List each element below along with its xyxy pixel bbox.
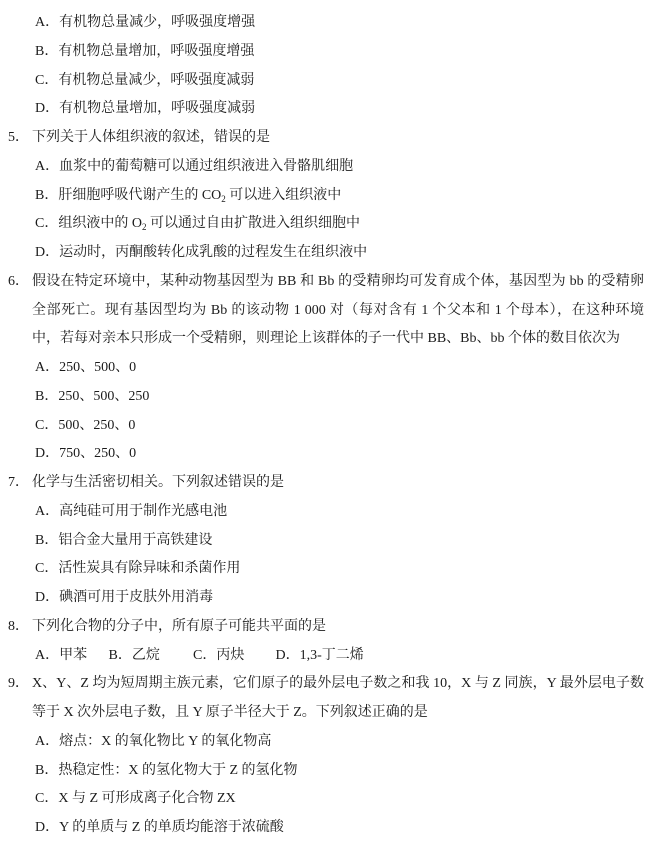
question-stem: 下列关于人体组织液的叙述，错误的是 — [32, 124, 644, 153]
option-text: 肝细胞呼吸代谢产生的 CO2 可以进入组织液中 — [58, 188, 341, 203]
option-text: 血浆中的葡萄糖可以通过组织液进入骨骼肌细胞 — [59, 159, 353, 174]
option-label: B． — [35, 389, 58, 404]
option-text: 碘酒可用于皮肤外用消毒 — [59, 590, 213, 605]
option-row: B．热稳定性：X 的氢化物大于 Z 的氢化物 — [8, 757, 644, 786]
option-label: A． — [35, 15, 59, 30]
option-inline: B．乙烷 — [109, 642, 190, 671]
option-text: 丙炔 — [216, 648, 244, 663]
option-text-post: 可以进入组织液中 — [226, 188, 342, 203]
question-4-partial: A．有机物总量减少，呼吸强度增强 B．有机物总量增加，呼吸强度增强 C．有机物总… — [8, 9, 644, 124]
option-row: D．Y 的单质与 Z 的单质均能溶于浓硫酸 — [8, 814, 644, 843]
option-row: C．500、250、0 — [8, 412, 644, 441]
option-text: 有机物总量减少，呼吸强度增强 — [59, 15, 255, 30]
question-stem-row: 5． 下列关于人体组织液的叙述，错误的是 — [8, 124, 644, 153]
option-text: 500、250、0 — [58, 418, 135, 433]
question-stem-row: 9． X、Y、Z 均为短周期主族元素，它们原子的最外层电子数之和我 10，X 与… — [8, 670, 644, 728]
option-row: A．250、500、0 — [8, 354, 644, 383]
option-text: 组织液中的 O2 可以通过自由扩散进入组织细胞中 — [58, 216, 360, 231]
option-text: 热稳定性：X 的氢化物大于 Z 的氢化物 — [58, 763, 297, 778]
option-inline: C．丙炔 — [193, 642, 272, 671]
option-label: A． — [35, 734, 59, 749]
option-label: B． — [35, 533, 58, 548]
question-stem: X、Y、Z 均为短周期主族元素，它们原子的最外层电子数之和我 10，X 与 Z … — [32, 670, 644, 728]
question-number: 5． — [8, 124, 32, 153]
question-stem: 假设在特定环境中，某种动物基因型为 BB 和 Bb 的受精卵均可发育成个体，基因… — [32, 268, 644, 354]
option-label: A． — [35, 159, 59, 174]
option-row: B．250、500、250 — [8, 383, 644, 412]
option-text: 铝合金大量用于高铁建设 — [58, 533, 212, 548]
option-label: B． — [109, 648, 132, 663]
option-label: D． — [35, 590, 59, 605]
option-label: C． — [35, 791, 58, 806]
option-text: 1,3-丁二烯 — [300, 648, 364, 663]
option-label: A． — [35, 504, 59, 519]
option-row: C．X 与 Z 可形成离子化合物 ZX — [8, 785, 644, 814]
option-text: 高纯硅可用于制作光感电池 — [59, 504, 227, 519]
option-text: 有机物总量增加，呼吸强度减弱 — [59, 101, 255, 116]
option-text-pre: 肝细胞呼吸代谢产生的 CO — [58, 188, 221, 203]
option-row: A．有机物总量减少，呼吸强度增强 — [8, 9, 644, 38]
option-row: C．有机物总量减少，呼吸强度减弱 — [8, 67, 644, 96]
option-label: C． — [193, 648, 216, 663]
option-text: 熔点：X 的氧化物比 Y 的氧化物高 — [59, 734, 271, 749]
option-row: A．血浆中的葡萄糖可以通过组织液进入骨骼肌细胞 — [8, 153, 644, 182]
option-text: Y 的单质与 Z 的单质均能溶于浓硫酸 — [59, 820, 284, 835]
question-8: 8． 下列化合物的分子中，所有原子可能共平面的是 A．甲苯 B．乙烷 C．丙炔 … — [8, 613, 644, 671]
option-text: 250、500、0 — [59, 360, 136, 375]
question-6: 6． 假设在特定环境中，某种动物基因型为 BB 和 Bb 的受精卵均可发育成个体… — [8, 268, 644, 469]
question-stem-row: 6． 假设在特定环境中，某种动物基因型为 BB 和 Bb 的受精卵均可发育成个体… — [8, 268, 644, 354]
option-label: D． — [35, 820, 59, 835]
option-row: C．组织液中的 O2 可以通过自由扩散进入组织细胞中 — [8, 210, 644, 239]
option-text: 有机物总量增加，呼吸强度增强 — [58, 44, 254, 59]
option-label: C． — [35, 216, 58, 231]
option-text: 甲苯 — [59, 648, 87, 663]
option-label: C． — [35, 73, 58, 88]
question-number: 9． — [8, 670, 32, 728]
option-row: D．有机物总量增加，呼吸强度减弱 — [8, 95, 644, 124]
option-label: D． — [276, 648, 300, 663]
option-label: C． — [35, 418, 58, 433]
option-text: 活性炭具有除异味和杀菌作用 — [58, 561, 240, 576]
option-text: 运动时，丙酮酸转化成乳酸的过程发生在组织液中 — [59, 245, 367, 260]
question-stem-row: 7． 化学与生活密切相关。下列叙述错误的是 — [8, 469, 644, 498]
option-row: A．熔点：X 的氧化物比 Y 的氧化物高 — [8, 728, 644, 757]
option-row: A．高纯硅可用于制作光感电池 — [8, 498, 644, 527]
question-number: 7． — [8, 469, 32, 498]
option-label: D． — [35, 245, 59, 260]
option-row: D．750、250、0 — [8, 440, 644, 469]
option-row-inline: A．甲苯 B．乙烷 C．丙炔 D．1,3-丁二烯 — [8, 642, 644, 671]
option-row: B．铝合金大量用于高铁建设 — [8, 527, 644, 556]
option-text: 250、500、250 — [58, 389, 149, 404]
option-row: B．有机物总量增加，呼吸强度增强 — [8, 38, 644, 67]
option-label: B． — [35, 763, 58, 778]
option-text: X 与 Z 可形成离子化合物 ZX — [58, 791, 235, 806]
option-label: A． — [35, 360, 59, 375]
question-9: 9． X、Y、Z 均为短周期主族元素，它们原子的最外层电子数之和我 10，X 与… — [8, 670, 644, 843]
option-text: 乙烷 — [132, 648, 160, 663]
question-5: 5． 下列关于人体组织液的叙述，错误的是 A．血浆中的葡萄糖可以通过组织液进入骨… — [8, 124, 644, 268]
option-text: 750、250、0 — [59, 446, 136, 461]
option-label: C． — [35, 561, 58, 576]
option-label: B． — [35, 188, 58, 203]
option-row: D．运动时，丙酮酸转化成乳酸的过程发生在组织液中 — [8, 239, 644, 268]
option-text: 有机物总量减少，呼吸强度减弱 — [58, 73, 254, 88]
option-label: A． — [35, 648, 59, 663]
option-inline: D．1,3-丁二烯 — [276, 642, 364, 671]
option-inline: A．甲苯 — [35, 642, 105, 671]
option-text-post: 可以通过自由扩散进入组织细胞中 — [146, 216, 360, 231]
option-row: C．活性炭具有除异味和杀菌作用 — [8, 555, 644, 584]
question-stem: 化学与生活密切相关。下列叙述错误的是 — [32, 469, 644, 498]
question-number: 8． — [8, 613, 32, 642]
option-label: B． — [35, 44, 58, 59]
question-stem-row: 8． 下列化合物的分子中，所有原子可能共平面的是 — [8, 613, 644, 642]
option-text-pre: 组织液中的 O — [58, 216, 142, 231]
option-row: D．碘酒可用于皮肤外用消毒 — [8, 584, 644, 613]
option-row: B．肝细胞呼吸代谢产生的 CO2 可以进入组织液中 — [8, 182, 644, 211]
question-number: 6． — [8, 268, 32, 354]
exam-page: A．有机物总量减少，呼吸强度增强 B．有机物总量增加，呼吸强度增强 C．有机物总… — [0, 0, 650, 867]
question-stem: 下列化合物的分子中，所有原子可能共平面的是 — [32, 613, 644, 642]
option-label: D． — [35, 446, 59, 461]
question-7: 7． 化学与生活密切相关。下列叙述错误的是 A．高纯硅可用于制作光感电池 B．铝… — [8, 469, 644, 613]
option-label: D． — [35, 101, 59, 116]
